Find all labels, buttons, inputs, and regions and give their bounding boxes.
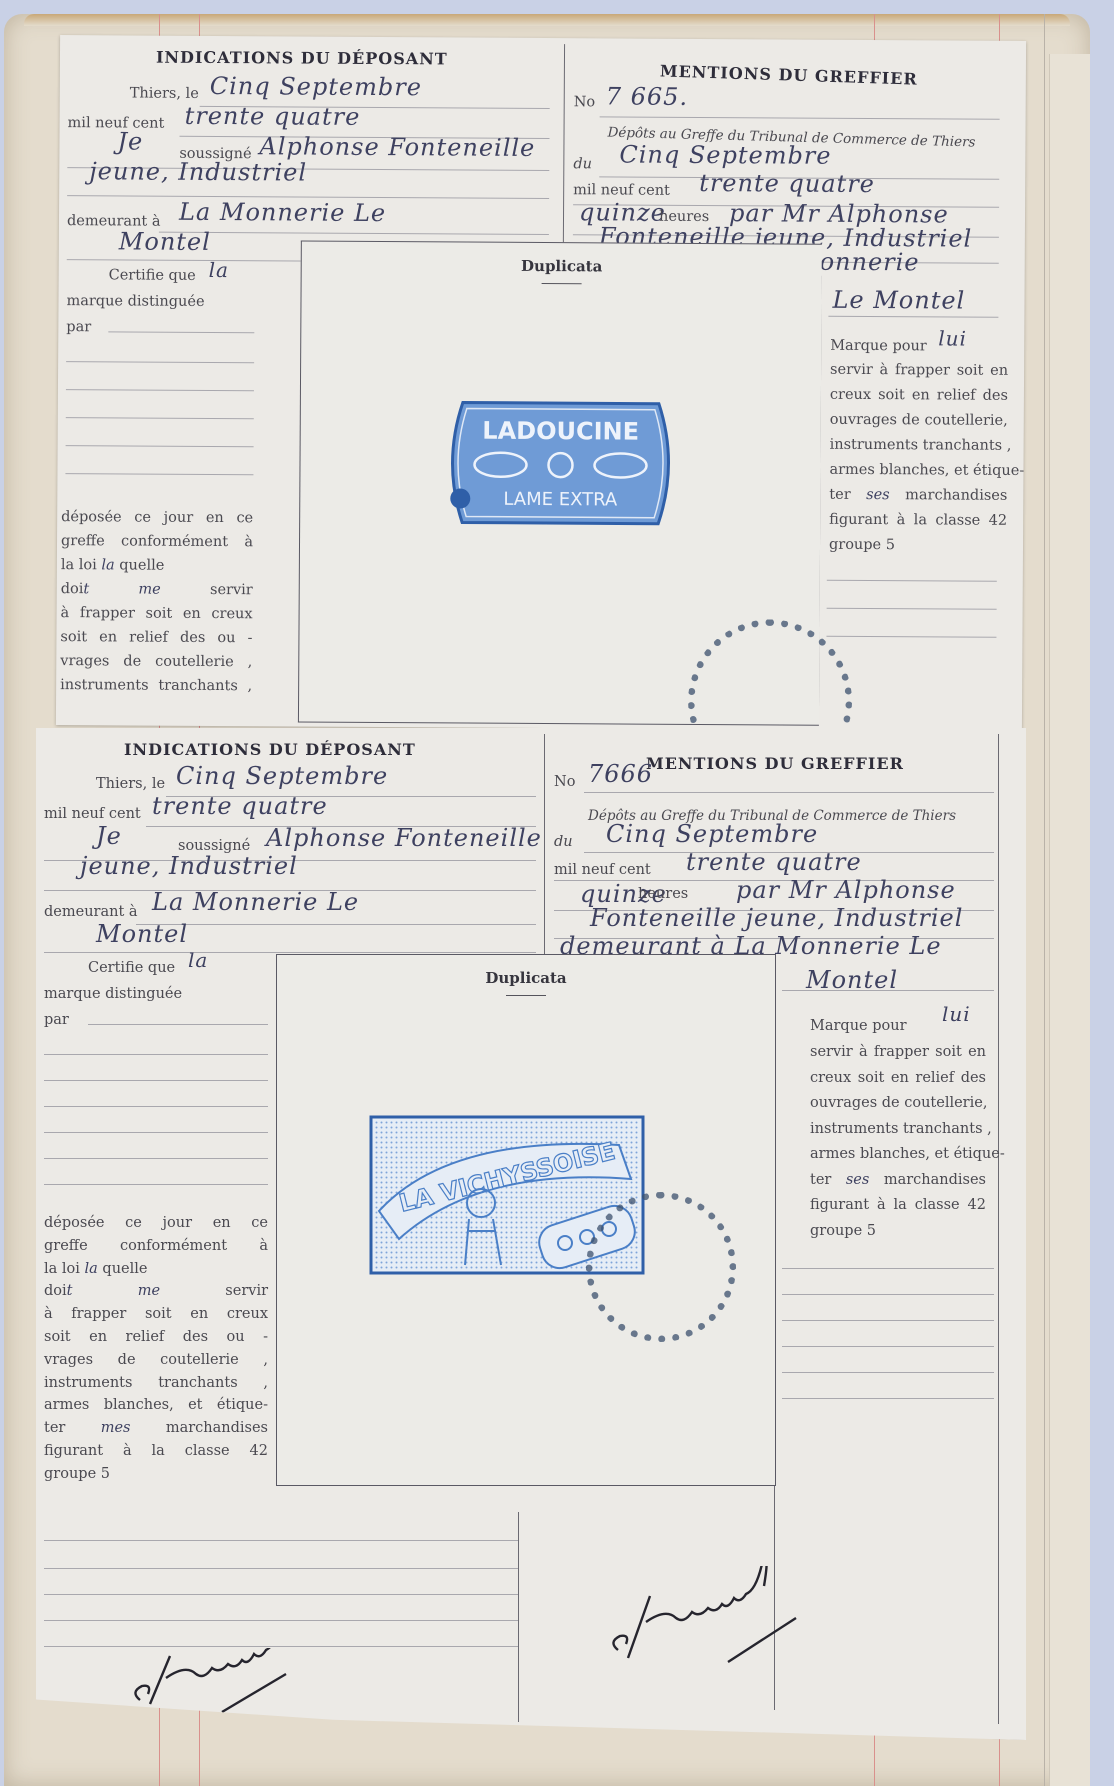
name-handwritten-2: jeune, Industriel [80,852,298,880]
lui-handwritten: lui [938,326,967,350]
date-handwritten: Cinq Septembre [176,762,388,790]
thiers-le-label: Thiers, le [130,85,199,101]
column-divider [518,1512,519,1722]
par-label: par [44,1012,69,1028]
entry-number: 7 665. [606,82,689,111]
form-line [44,1080,268,1081]
duplicata-title: Duplicata [277,969,775,987]
form-line [44,1054,268,1055]
deposant-legal-text: déposée ce jour en ce greffe conformémen… [44,1212,268,1486]
greffier-header: MENTIONS DU GREFFIER [646,754,904,773]
greffier-legal-text: servir à frapper soit en creux soit en r… [829,358,1008,559]
name-handwritten: Alphonse Fonteneille [259,132,535,162]
form-line [782,1320,994,1321]
form-line [44,1106,268,1107]
deposit-slip-7666: INDICATIONS DU DÉPOSANT Thiers, le Cinq … [36,728,1026,1740]
duplicata-underline [542,283,582,284]
form-line [44,1184,268,1185]
date-handwritten: Cinq Septembre [210,72,422,101]
address-handwritten-2: Montel [119,227,211,256]
form-line [44,1646,518,1647]
form-line [782,990,994,991]
form-line [782,1372,994,1373]
je-handwritten: Je [96,822,122,850]
thiers-le-label: Thiers, le [96,776,165,792]
number-label: No [574,94,596,110]
deposant-signature [126,1648,366,1718]
slip-border [998,734,999,1724]
form-line [65,473,253,475]
form-line [108,331,254,333]
ledger-rule [1044,14,1045,1786]
greffier-year-label: mil neuf cent [573,182,670,199]
par-handwritten: par Mr Alphonse [736,876,956,904]
certifie-handwritten: la [209,258,229,282]
form-line [826,636,996,638]
greffier-date: Cinq Septembre [606,820,818,848]
greffier-year-label: mil neuf cent [554,862,651,878]
greffier-header: MENTIONS DU GREFFIER [660,61,918,88]
svg-text:LAME EXTRA: LAME EXTRA [503,489,618,511]
form-line [827,580,997,582]
marque-pour-label: Marque pour [830,338,927,355]
address-handwritten: La Monnerie Le [152,888,359,916]
deposit-slip-7665: INDICATIONS DU DÉPOSANT Thiers, le Cinq … [56,35,1026,731]
form-line [828,316,998,318]
greffier-line4: Le Montel [832,286,965,315]
deposant-header: INDICATIONS DU DÉPOSANT [124,740,416,759]
greffier-date: Cinq Septembre [619,140,831,169]
deposant-header: INDICATIONS DU DÉPOSANT [156,48,448,69]
certifie-label: Certifie que [109,267,196,284]
entry-number: 7666 [588,760,653,788]
form-line [827,608,997,610]
year-handwritten: trente quatre [185,102,361,131]
demeurant-label: demeurant à [44,904,138,920]
marque-label: marque distinguée [66,293,204,310]
form-line [88,1024,268,1025]
column-divider [544,734,545,954]
form-line [44,1540,518,1541]
form-line [44,1568,518,1569]
form-line [782,1268,994,1269]
greffier-legal-text: servir à frapper soit en creux soit en r… [810,1040,986,1244]
year-label: mil neuf cent [44,806,141,822]
je-handwritten: Je [117,127,143,155]
deposant-legal-text: déposée ce jour en ce greffe conformémen… [60,505,253,698]
year-handwritten: trente quatre [152,792,328,820]
certifie-handwritten: la [188,948,208,972]
page-edge [24,14,1070,26]
name-handwritten: Alphonse Fonteneille [266,824,542,852]
form-line [44,1158,268,1159]
form-line [66,417,254,419]
form-line [44,1132,268,1133]
form-line [66,445,254,447]
ledger-right-margin [1049,54,1090,1786]
form-line [136,924,536,925]
form-line [44,1620,518,1621]
form-line [159,232,549,235]
greffier-line2: Fonteneille jeune, Industriel [590,904,963,932]
form-line [44,1594,518,1595]
du-label: du [554,834,573,850]
duplicata-underline [506,995,546,996]
duplicata-title: Duplicata [302,256,822,277]
form-line [782,1294,994,1295]
form-line [584,792,994,793]
ladoucine-trademark-stamp: LADOUCINE LAME EXTRA [440,398,681,527]
address-handwritten: La Monnerie Le [179,198,386,227]
form-line [44,952,536,953]
svg-text:LADOUCINE: LADOUCINE [482,417,639,446]
form-line [66,389,254,391]
form-line [66,361,254,363]
heures-label: heures [638,886,688,902]
year-label: mil neuf cent [68,115,165,132]
marque-pour-label: Marque pour [810,1018,907,1034]
certifie-label: Certifie que [88,960,175,976]
address-handwritten-2: Montel [96,920,188,948]
du-label: du [573,156,592,172]
greffier-signature [606,1566,866,1676]
form-line [782,1398,994,1399]
name-handwritten-2: jeune, Industriel [89,157,307,186]
column-divider [563,44,565,274]
number-label: No [554,774,575,790]
form-line [600,116,1000,119]
par-label: par [66,319,91,335]
lui-handwritten: lui [942,1002,971,1026]
form-line [782,1346,994,1347]
court-seal-stamp [586,1192,736,1342]
marque-label: marque distinguée [44,986,182,1002]
greffier-year: trente quatre [686,848,862,876]
greffier-year: trente quatre [699,169,875,198]
